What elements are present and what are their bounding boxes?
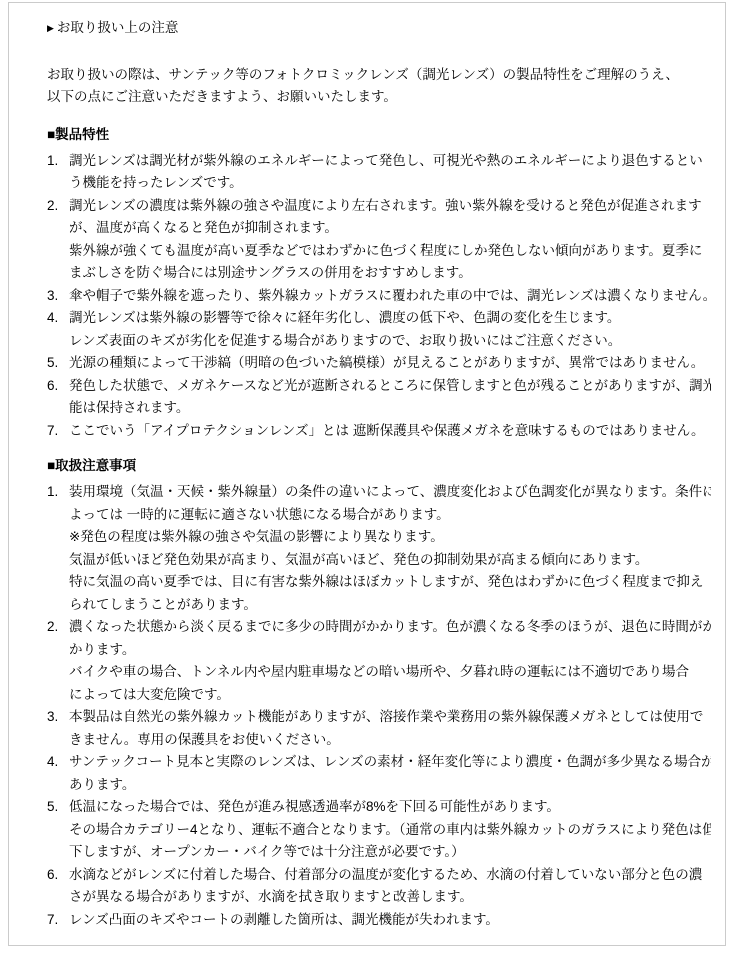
item-number: 2. xyxy=(47,616,69,706)
section-heading-product-characteristics: ■製品特性 xyxy=(47,125,711,145)
item-text: 濃くなった状態から淡く戻るまでに多少の時間がかかります。色が濃くなる冬季のほうが… xyxy=(69,616,711,706)
list-item: 5. 光源の種類によって干渉縞（明暗の色づいた縞模様）が見えることがありますが、… xyxy=(47,352,711,375)
item-number: 3. xyxy=(47,706,69,751)
page-title: ▶ お取り扱い上の注意 xyxy=(47,17,711,40)
item-number: 1. xyxy=(47,481,69,616)
item-text: ここでいう「アイプロテクションレンズ」とは 遮断保護具や保護メガネを意味するもの… xyxy=(69,420,711,443)
item-text: 装用環境（気温・天候・紫外線量）の条件の違いによって、濃度変化および色調変化が異… xyxy=(69,481,711,616)
list-item: 6. 水滴などがレンズに付着した場合、付着部分の温度が変化するため、水滴の付着し… xyxy=(47,864,711,909)
item-text: レンズ凸面のキズやコートの剥離した箇所は、調光機能が失われます。 xyxy=(69,909,711,932)
notice-content: ▶ お取り扱い上の注意 お取り扱いの際は、サンテック等のフォトクロミックレンズ（… xyxy=(9,3,725,945)
item-text: 調光レンズは紫外線の影響等で徐々に経年劣化し、濃度の低下や、色調の変化を生じます… xyxy=(69,307,711,352)
notice-panel: ▶ お取り扱い上の注意 お取り扱いの際は、サンテック等のフォトクロミックレンズ（… xyxy=(8,2,726,946)
list-item: 2. 調光レンズの濃度は紫外線の強さや温度により左右されます。強い紫外線を受ける… xyxy=(47,195,711,285)
list-item: 3. 傘や帽子で紫外線を遮ったり、紫外線カットガラスに覆われた車の中では、調光レ… xyxy=(47,285,711,308)
triangle-marker-icon: ▶ xyxy=(47,24,54,33)
item-text: 調光レンズは調光材が紫外線のエネルギーによって発色し、可視光や熱のエネルギーによ… xyxy=(69,150,711,195)
list-item: 6. 発色した状態で、メガネケースなど光が遮断されるところに保管しますと色が残る… xyxy=(47,375,711,420)
page-title-text: お取り扱い上の注意 xyxy=(57,17,179,40)
item-text: 調光レンズの濃度は紫外線の強さや温度により左右されます。強い紫外線を受けると発色… xyxy=(69,195,711,285)
item-number: 5. xyxy=(47,796,69,864)
item-number: 1. xyxy=(47,150,69,195)
item-text: 発色した状態で、メガネケースなど光が遮断されるところに保管しますと色が残ることが… xyxy=(69,375,711,420)
item-text: 水滴などがレンズに付着した場合、付着部分の温度が変化するため、水滴の付着していな… xyxy=(69,864,711,909)
item-number: 2. xyxy=(47,195,69,285)
list-item: 3. 本製品は自然光の紫外線カット機能がありますが、溶接作業や業務用の紫外線保護… xyxy=(47,706,711,751)
item-text: 低温になった場合では、発色が進み視感透過率が8%を下回る可能性があります。 その… xyxy=(69,796,711,864)
list-item: 7. レンズ凸面のキズやコートの剥離した箇所は、調光機能が失われます。 xyxy=(47,909,711,932)
handling-precautions-list: 1. 装用環境（気温・天候・紫外線量）の条件の違いによって、濃度変化および色調変… xyxy=(47,481,711,931)
section-heading-handling-precautions: ■取扱注意事項 xyxy=(47,456,711,476)
item-text: 傘や帽子で紫外線を遮ったり、紫外線カットガラスに覆われた車の中では、調光レンズは… xyxy=(69,285,711,308)
item-text: 光源の種類によって干渉縞（明暗の色づいた縞模様）が見えることがありますが、異常で… xyxy=(69,352,711,375)
item-number: 4. xyxy=(47,307,69,352)
product-characteristics-list: 1. 調光レンズは調光材が紫外線のエネルギーによって発色し、可視光や熱のエネルギ… xyxy=(47,150,711,443)
item-number: 6. xyxy=(47,375,69,420)
intro-paragraph: お取り扱いの際は、サンテック等のフォトクロミックレンズ（調光レンズ）の製品特性を… xyxy=(47,64,711,109)
item-number: 7. xyxy=(47,909,69,932)
item-number: 4. xyxy=(47,751,69,796)
item-number: 3. xyxy=(47,285,69,308)
list-item: 5. 低温になった場合では、発色が進み視感透過率が8%を下回る可能性があります。… xyxy=(47,796,711,864)
list-item: 7. ここでいう「アイプロテクションレンズ」とは 遮断保護具や保護メガネを意味す… xyxy=(47,420,711,443)
item-number: 6. xyxy=(47,864,69,909)
list-item: 1. 装用環境（気温・天候・紫外線量）の条件の違いによって、濃度変化および色調変… xyxy=(47,481,711,616)
item-text: サンテックコート見本と実際のレンズは、レンズの素材・経年変化等により濃度・色調が… xyxy=(69,751,711,796)
list-item: 4. 調光レンズは紫外線の影響等で徐々に経年劣化し、濃度の低下や、色調の変化を生… xyxy=(47,307,711,352)
item-text: 本製品は自然光の紫外線カット機能がありますが、溶接作業や業務用の紫外線保護メガネ… xyxy=(69,706,711,751)
item-number: 5. xyxy=(47,352,69,375)
item-number: 7. xyxy=(47,420,69,443)
list-item: 2. 濃くなった状態から淡く戻るまでに多少の時間がかかります。色が濃くなる冬季の… xyxy=(47,616,711,706)
list-item: 1. 調光レンズは調光材が紫外線のエネルギーによって発色し、可視光や熱のエネルギ… xyxy=(47,150,711,195)
list-item: 4. サンテックコート見本と実際のレンズは、レンズの素材・経年変化等により濃度・… xyxy=(47,751,711,796)
